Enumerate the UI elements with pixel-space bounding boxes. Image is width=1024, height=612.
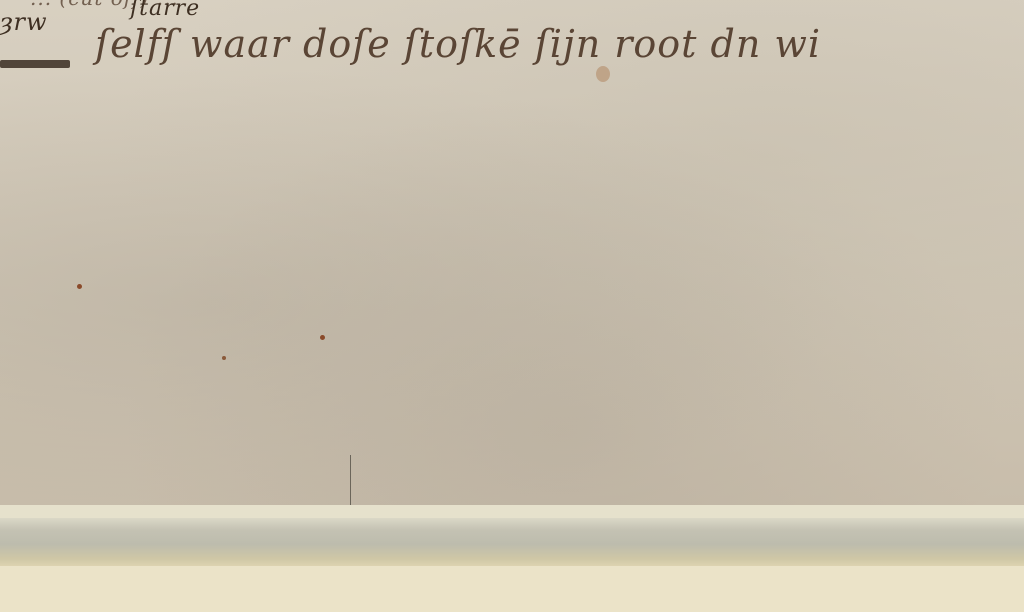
manuscript-paper: ... (cut off) ... ȝrw ſtarre ſelfſ waar … [0, 0, 1024, 506]
foxing-spot [222, 356, 226, 360]
handwritten-line: ſelfſ waar doſe ſtoſkē ſijn root dn wi [95, 22, 821, 66]
interlinear-insertion: ſtarre [130, 0, 200, 21]
frame-bevel [0, 518, 1024, 566]
left-fragment-text: ȝrw [0, 8, 48, 36]
strikethrough-mark [0, 60, 70, 68]
frame-mat [0, 566, 1024, 612]
foxing-spot [77, 284, 82, 289]
frame-edge [0, 505, 1024, 518]
ink-stain [596, 66, 610, 82]
crease-line [350, 455, 351, 505]
foxing-spot [320, 335, 325, 340]
